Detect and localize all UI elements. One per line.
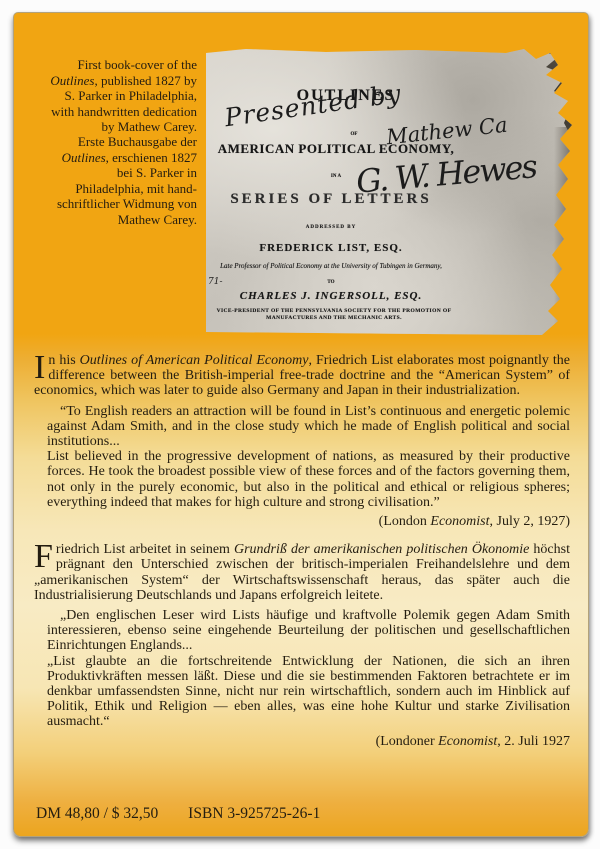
attribution-source-italic: Economist [430, 514, 489, 529]
price: DM 48,80 / $ 32,50 [36, 805, 158, 822]
paragraph-text: riedrich List arbeitet in seinem [56, 542, 234, 557]
photo-to-label: TO [206, 280, 456, 285]
caption-english: First book-cover of the Outlines, publis… [31, 57, 197, 135]
caption-german: Erste Buchausgabe der Outlines, erschien… [31, 134, 197, 228]
handwritten-margin-note: 71- [208, 277, 238, 287]
paragraph-text: n his [48, 353, 79, 368]
photo-recipient-note: VICE-PRESIDENT OF THE PENNSYLVANIA SOCIE… [201, 308, 467, 322]
photo-recipient-note-line1: VICE-PRESIDENT OF THE PENNSYLVANIA SOCIE… [201, 308, 467, 315]
drop-cap: I [34, 353, 48, 381]
caption-line: Philadelphia, mit hand- [31, 181, 197, 197]
attribution-text: , 2. Juli 1927 [497, 734, 570, 749]
caption-line: Mathew Carey. [31, 212, 197, 228]
attribution-text: , July 2, 1927) [490, 514, 571, 529]
paragraph-german: Friedrich List arbeitet in seinem Grundr… [34, 542, 570, 603]
photo-subtitle: AMERICAN POLITICAL ECONOMY, [206, 141, 466, 157]
blurb-text-column: In his Outlines of American Political Ec… [34, 353, 570, 749]
caption-line-rest: , erschienen 1827 [106, 150, 197, 165]
book-title-italic: Grundriß der amerikanischen politischen … [234, 542, 529, 557]
drop-cap: F [34, 542, 56, 570]
attribution-text: (London [379, 514, 431, 529]
caption-title-italic: Outlines [62, 150, 106, 165]
quote-english-1: “To English readers an attraction will b… [47, 404, 570, 450]
paragraph-english: In his Outlines of American Political Ec… [34, 353, 570, 399]
photo-series-line: SERIES OF LETTERS [206, 191, 456, 208]
attribution-german: (Londoner Economist, 2. Juli 1927 [34, 734, 570, 749]
book-title-italic: Outlines of American Political Economy [80, 353, 309, 368]
quote-english-2: List believed in the progressive develop… [47, 449, 570, 510]
caption-line: S. Parker in Philadelphia, [31, 88, 197, 104]
caption-line: First book-cover of the [31, 57, 197, 73]
page-background: { "captions": { "en": { "l1": "First boo… [0, 0, 600, 849]
torn-paper-corner [504, 49, 578, 161]
caption-line: by Mathew Carey. [31, 119, 197, 135]
book-cover-photo: OUTLINES Presented by Mathew Ca OF AMERI… [206, 49, 578, 335]
caption-line: bei S. Parker in [31, 165, 197, 181]
photo-author-note: Late Professor of Political Economy at t… [198, 262, 464, 270]
caption-title-italic: Outlines [50, 73, 94, 88]
caption-line-rest: , published 1827 by [94, 73, 197, 88]
attribution-english: (London Economist, July 2, 1927) [34, 514, 570, 529]
isbn: ISBN 3-925725-26-1 [188, 805, 320, 822]
caption-line: Outlines, published 1827 by [31, 73, 197, 89]
caption-line: Outlines, erschienen 1827 [31, 150, 197, 166]
footer-line: DM 48,80 / $ 32,50 ISBN 3-925725-26-1 [36, 805, 320, 823]
photo-of-label: OF [254, 132, 454, 137]
photo-recipient: CHARLES J. INGERSOLL, ESQ. [206, 290, 456, 302]
caption-line: with handwritten dedication [31, 104, 197, 120]
caption-line: Erste Buchausgabe der [31, 134, 197, 150]
photo-recipient-note-line2: MANUFACTURES AND THE MECHANIC ARTS. [201, 315, 467, 322]
attribution-text: (Londoner [376, 734, 439, 749]
quote-german-1: „Den englischen Leser wird Lists häufige… [47, 608, 570, 654]
caption-line: schriftlicher Widmung von [31, 196, 197, 212]
photo-author: FREDERICK LIST, ESQ. [206, 242, 456, 254]
quote-german-2: „List glaubte an die fortschreitende Ent… [47, 654, 570, 730]
photo-addressed-by: ADDRESSED BY [206, 225, 456, 230]
book-back-cover: First book-cover of the Outlines, publis… [13, 12, 589, 837]
attribution-source-italic: Economist [438, 734, 497, 749]
torn-paper-edge [554, 127, 578, 335]
